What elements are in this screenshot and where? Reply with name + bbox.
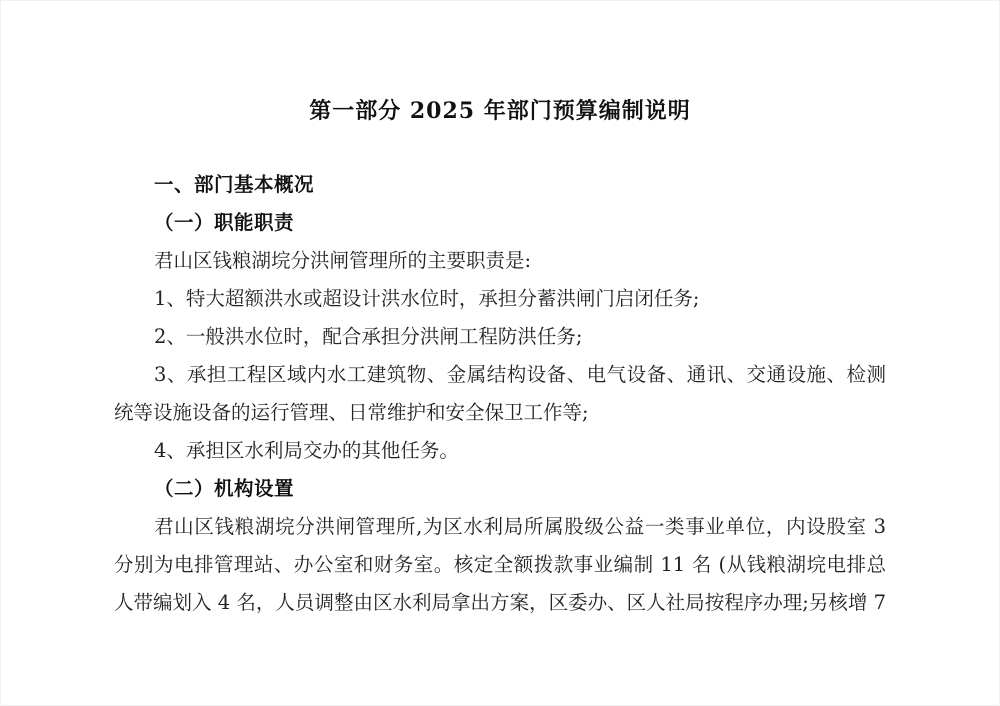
section-heading: （二）机构设置 xyxy=(114,470,886,508)
document-line: 2、一般洪水位时，配合承担分洪闸工程防洪任务; xyxy=(114,318,886,356)
document-body: 一、部门基本概况（一）职能职责君山区钱粮湖垸分洪闸管理所的主要职责是:1、特大超… xyxy=(114,166,886,622)
document-content: 第一部分 2025 年部门预算编制说明 一、部门基本概况（一）职能职责君山区钱粮… xyxy=(114,92,886,622)
section-heading: 一、部门基本概况 xyxy=(114,166,886,204)
document-line: 3、承担工程区域内水工建筑物、金属结构设备、电气设备、通讯、交通设施、检测系 xyxy=(114,356,886,394)
document-title: 第一部分 2025 年部门预算编制说明 xyxy=(114,92,886,130)
document-line: 统等设施设备的运行管理、日常维护和安全保卫工作等; xyxy=(114,394,886,432)
document-line: 分别为电排管理站、办公室和财务室。核定全额拨款事业编制 11 名 (从钱粮湖垸电… xyxy=(114,546,886,584)
document-line: 1、特大超额洪水或超设计洪水位时，承担分蓄洪闸门启闭任务; xyxy=(114,280,886,318)
document-line: 4、承担区水利局交办的其他任务。 xyxy=(114,432,886,470)
document-line: 君山区钱粮湖垸分洪闸管理所的主要职责是: xyxy=(114,242,886,280)
document-line: 人带编划入 4 名，人员调整由区水利局拿出方案，区委办、区人社局按程序办理;另核… xyxy=(114,584,886,622)
section-heading: （一）职能职责 xyxy=(114,204,886,242)
document-page: 第一部分 2025 年部门预算编制说明 一、部门基本概况（一）职能职责君山区钱粮… xyxy=(0,0,1000,706)
document-line: 君山区钱粮湖垸分洪闸管理所,为区水利局所属股级公益一类事业单位，内设股室 3 个… xyxy=(114,508,886,546)
